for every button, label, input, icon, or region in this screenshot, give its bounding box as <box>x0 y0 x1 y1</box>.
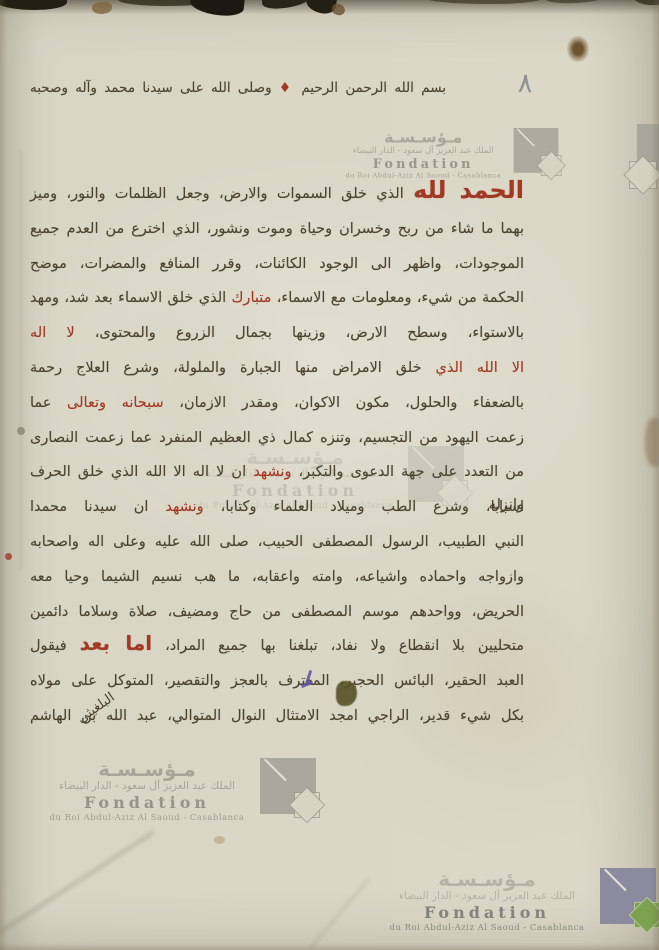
manuscript-line: الحمد لله الذي خلق السموات والارض، وجعل … <box>30 178 524 213</box>
foundation-logo-icon <box>260 758 322 822</box>
foundation-logo-icon <box>514 128 564 179</box>
rubricated-text: ♦ <box>279 80 294 96</box>
ink-text: وازواجه واحماده واشياعه، وامته واعقابه، … <box>30 569 524 585</box>
page-edge-shadow <box>0 943 659 950</box>
rubricated-text: متبارك <box>231 290 271 306</box>
watermark-latin-title: Fondation <box>336 156 510 172</box>
manuscript-line: اسبابا، وشرع الطب وميلاد العلماء وكتابا،… <box>30 491 524 526</box>
basmala-header-line: بسم الله الرحمن الرحيم ♦ وصلى الله على س… <box>30 72 446 107</box>
stain <box>214 836 225 844</box>
paper-crease <box>0 831 155 942</box>
manuscript-line: متحليين بلا انقطاع ولا نفاد، تبلغنا بها … <box>30 630 524 665</box>
ink-text: الحريض، وواحدهم موسم المصطفى من حاج ومضي… <box>30 604 524 620</box>
watermark-latin-subtitle: du Roi Abdul-Aziz Al Saoud - Casablanca <box>378 923 596 934</box>
rubricated-text: ونشهد <box>165 499 203 515</box>
eight-point-star-icon <box>290 788 324 822</box>
rubricated-text: سبحانه وتعالى <box>67 395 164 411</box>
watermark-latin-title: Fondation <box>378 903 596 923</box>
manuscript-line: الحريض، وواحدهم موسم المصطفى من حاج ومضي… <box>30 596 524 631</box>
ink-text: بالضعفاء والحلول، مكون الاكوان، ومقدر ال… <box>179 395 524 411</box>
manuscript-line: بالضعفاء والحلول، مكون الاكوان، ومقدر ال… <box>30 387 524 422</box>
ink-text: اسبابا، وشرع الطب وميلاد العلماء وكتابا، <box>221 499 524 515</box>
ink-text: خلق الامراض منها الجبارة والملولة، وشرع … <box>30 360 422 376</box>
watermark-arabic-title: مـؤسـسـة <box>378 868 596 890</box>
ink-text: الموجودات، واظهر الى الوجود الكائنات، وق… <box>30 256 524 272</box>
ink-text: بالاستواء، وسطح الارض، وزينها بجمال الزر… <box>95 325 524 341</box>
ink-text: الذي خلق السموات والارض، وجعل الظلمات وا… <box>30 186 404 202</box>
watermark-text: مـؤسـسـة الملك عبد العزيز آل سعود - الدا… <box>38 758 256 824</box>
eight-point-star-icon <box>538 152 565 179</box>
ink-text: ان سيدنا محمدا <box>30 499 148 515</box>
ink-text: فيقول <box>30 638 67 654</box>
page-edge-shadow <box>0 0 7 950</box>
ink-text: بسم الله الرحمن الرحيم <box>301 80 446 96</box>
watermark-latin-title: Fondation <box>38 793 256 813</box>
manuscript-line: الحكمة من شيء، ومعلومات مع الاسماء، متبا… <box>30 282 524 317</box>
manuscript-line: من التعدد على جهة الدعوى والتكبر، ونشهد … <box>30 456 524 491</box>
folio-number: ٨ <box>517 68 533 99</box>
ink-text: من التعدد على جهة الدعوى والتكبر، <box>299 464 524 480</box>
manuscript-line: الا الله الذي خلق الامراض منها الجبارة و… <box>30 352 524 387</box>
foundation-watermark-bottom-left: مـؤسـسـة الملك عبد العزيز آل سعود - الدا… <box>38 758 322 824</box>
watermark-text: مـؤسـسـة الملك عبد العزيز آل سعود - الدا… <box>378 868 596 934</box>
manuscript-line: زعمت اليهود من التجسيم، وتنزه كمال ذي ال… <box>30 422 524 457</box>
paper-crease <box>310 878 369 948</box>
ink-text: وصلى الله على سيدنا محمد وآله وصحبه <box>30 80 272 96</box>
foundation-watermark-bottom-right: مـؤسـسـة الملك عبد العزيز آل سعود - الدا… <box>378 868 659 934</box>
watermark-arabic-subtitle: الملك عبد العزيز آل سعود - الدار البيضاء <box>38 780 256 793</box>
ink-text: العبد الحقير، البائس الحجير، المعترف بال… <box>30 673 524 689</box>
rubricated-text: اما بعد <box>80 631 152 655</box>
watermark-arabic-subtitle: الملك عبد العزيز آل سعود - الدار البيضاء <box>336 146 510 156</box>
ink-text: متحليين بلا انقطاع ولا نفاد، تبلغنا بها … <box>165 638 524 654</box>
ink-text: عما <box>30 395 51 411</box>
rubricated-text: الحمد لله <box>413 176 524 204</box>
manuscript-line: وازواجه واحماده واشياعه، وامته واعقابه، … <box>30 561 524 596</box>
manuscript-line: بالاستواء، وسطح الارض، وزينها بجمال الزر… <box>30 317 524 352</box>
rubricated-text: الا الله الذي <box>435 360 524 376</box>
ink-text: بهما ما شاء من ربح وخسران وحياة وموت ونش… <box>30 221 524 237</box>
manuscript-line: الموجودات، واظهر الى الوجود الكائنات، وق… <box>30 248 524 283</box>
ink-text: زعمت اليهود من التجسيم، وتنزه كمال ذي ال… <box>30 430 524 446</box>
manuscript-scan-page: ٨ بسم الله الرحمن الرحيم ♦ وصلى الله على… <box>0 0 659 950</box>
foundation-watermark-top-right: مـؤسـسـة الملك عبد العزيز آل سعود - الدا… <box>336 128 563 181</box>
watermark-text: مـؤسـسـة الملك عبد العزيز آل سعود - الدا… <box>336 128 510 181</box>
purple-ink-mark <box>299 669 317 689</box>
ink-text: الذي خلق الاسماء بعد شد، ومهد <box>30 290 226 306</box>
ink-text: الحكمة من شيء، ومعلومات مع الاسماء، <box>277 290 524 306</box>
manuscript-line: بهما ما شاء من ربح وخسران وحياة وموت ونش… <box>30 213 524 248</box>
paper-crease <box>20 150 22 570</box>
rubricated-text: لا اله <box>30 325 75 341</box>
stain <box>567 36 589 62</box>
page-edge-shadow <box>651 0 659 950</box>
watermark-arabic-subtitle: الملك عبد العزيز آل سعود - الدار البيضاء <box>378 890 596 903</box>
manuscript-line: النبي الطبيب، الرسول المصطفى الحبيب، صلى… <box>30 526 524 561</box>
watermark-latin-subtitle: du Roi Abdul-Aziz Al Saoud - Casablanca <box>38 813 256 824</box>
rubricated-text: ونشهد <box>253 464 291 480</box>
watermark-arabic-title: مـؤسـسـة <box>38 758 256 780</box>
ink-text: النبي الطبيب، الرسول المصطفى الحبيب، صلى… <box>30 534 524 550</box>
watermark-arabic-title: مـؤسـسـة <box>336 128 510 146</box>
